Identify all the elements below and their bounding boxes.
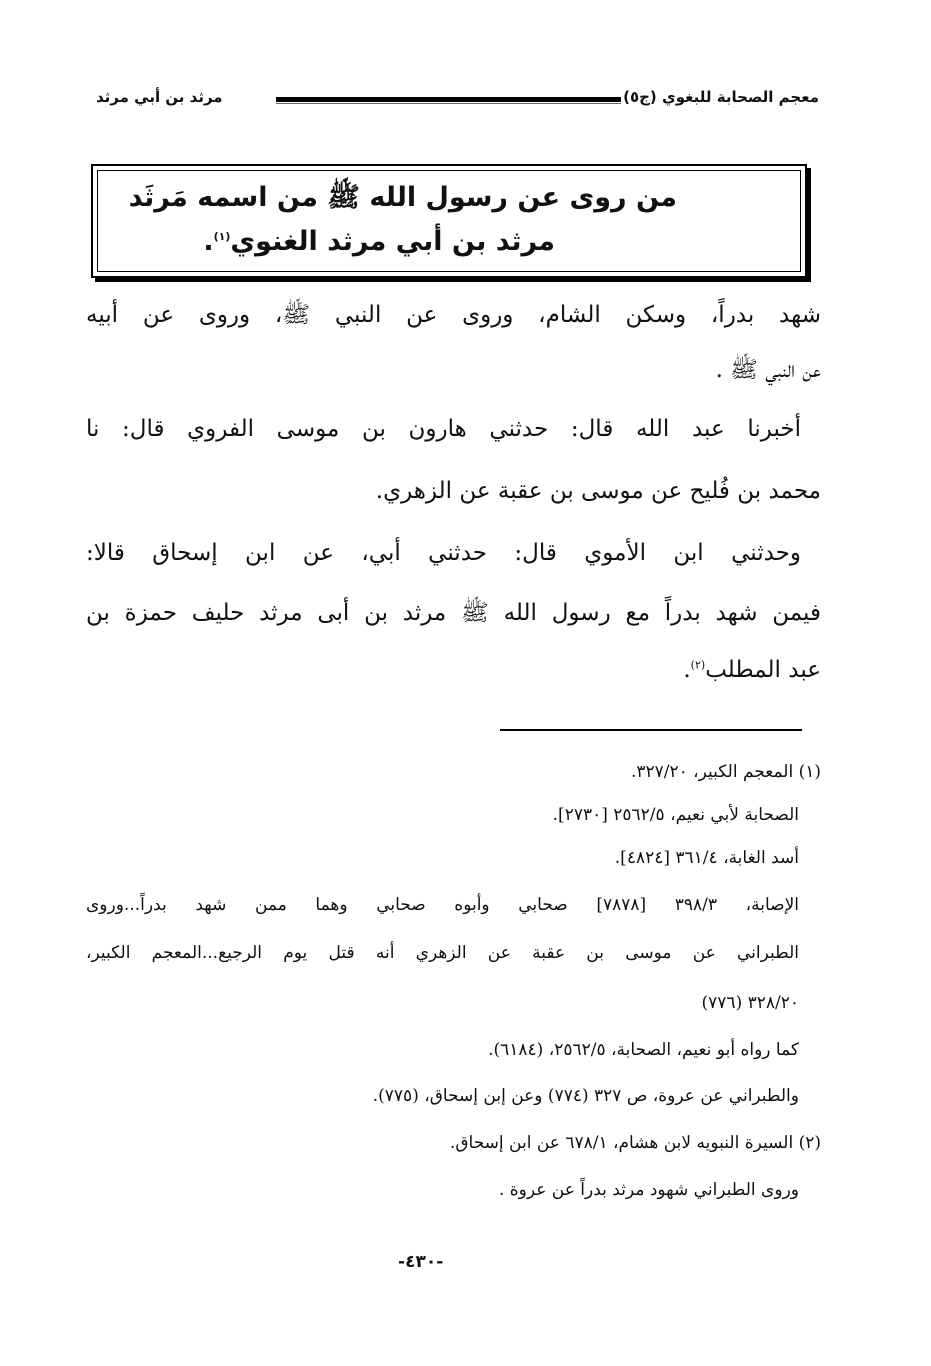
chapter-title-box: من روى عن رسول الله ﷺ من اسمه مَرثَد مرث… <box>91 164 807 278</box>
running-header-section-title: مرثد بن أبي مرثد <box>96 88 223 106</box>
body-line-4: محمد بن فُليح عن موسى بن عقبة عن الزهري. <box>376 478 821 504</box>
header-rule-thin <box>276 103 621 104</box>
footnote-line-7: كما رواه أبو نعيم، الصحابة، ٢٥٦٢/٥، (٦١٨… <box>488 1040 799 1060</box>
page-number: -٤٣٠- <box>398 1252 443 1272</box>
body-line-1: شهد بدراً، وسكن الشام، وروى عن النبي ﷺ، … <box>86 300 821 334</box>
footnote-line-6: ٣٢٨/٢٠ (٧٧٦) <box>702 993 799 1013</box>
body-line-2: عن النبي ﷺ . <box>716 355 821 389</box>
header-rule <box>276 97 621 102</box>
period: . <box>203 226 213 257</box>
footnote-line-1: (١) المعجم الكبير، ٣٢٧/٢٠. <box>631 762 821 782</box>
entry-name: مرثد بن أبي مرثد الغنوي(١). <box>203 226 555 257</box>
footnote-separator <box>500 729 802 731</box>
entry-name-text: مرثد بن أبي مرثد الغنوي <box>230 226 555 257</box>
footnote-ref-1: (١) <box>214 230 231 243</box>
footnote-line-10: وروى الطبراني شهود مرثد بدراً عن عروة . <box>499 1180 799 1200</box>
footnote-line-9: (٢) السيرة النبويه لابن هشام، ٦٧٨/١ عن ا… <box>450 1133 821 1153</box>
period: . <box>683 657 690 683</box>
footnote-ref-2: (٢) <box>691 658 706 671</box>
footnote-line-5: الطبراني عن موسى بن عقبة عن الزهري أنه ق… <box>86 943 799 963</box>
footnote-line-3: أسد الغابة، ٣٦١/٤ [٤٨٢٤]. <box>615 848 799 868</box>
chapter-heading: من روى عن رسول الله ﷺ من اسمه مَرثَد <box>129 180 677 220</box>
footnote-line-4: الإصابة، ٣٩٨/٣ [٧٨٧٨] صحابي وأبوه صحابي … <box>86 895 799 915</box>
body-line-7-text: عبد المطلب <box>705 657 821 683</box>
body-line-3: أخبرنا عبد الله قال: حدثني هارون بن موسى… <box>86 416 801 442</box>
body-line-7: عبد المطلب(٢). <box>683 657 821 683</box>
running-header-book-title: معجم الصحابة للبغوي (ج٥) <box>623 88 819 106</box>
body-line-5: وحدثني ابن الأموي قال: حدثني أبي، عن ابن… <box>86 540 801 566</box>
footnote-line-2: الصحابة لأبي نعيم، ٢٥٦٢/٥ [٢٧٣٠]. <box>553 805 799 825</box>
footnote-line-8: والطبراني عن عروة، ص ٣٢٧ (٧٧٤) وعن إبن إ… <box>373 1086 799 1106</box>
document-page: معجم الصحابة للبغوي (ج٥) مرثد بن أبي مرث… <box>0 0 931 1366</box>
body-line-6: فيمن شهد بدراً مع رسول الله ﷺ مرثد بن أب… <box>86 598 821 632</box>
